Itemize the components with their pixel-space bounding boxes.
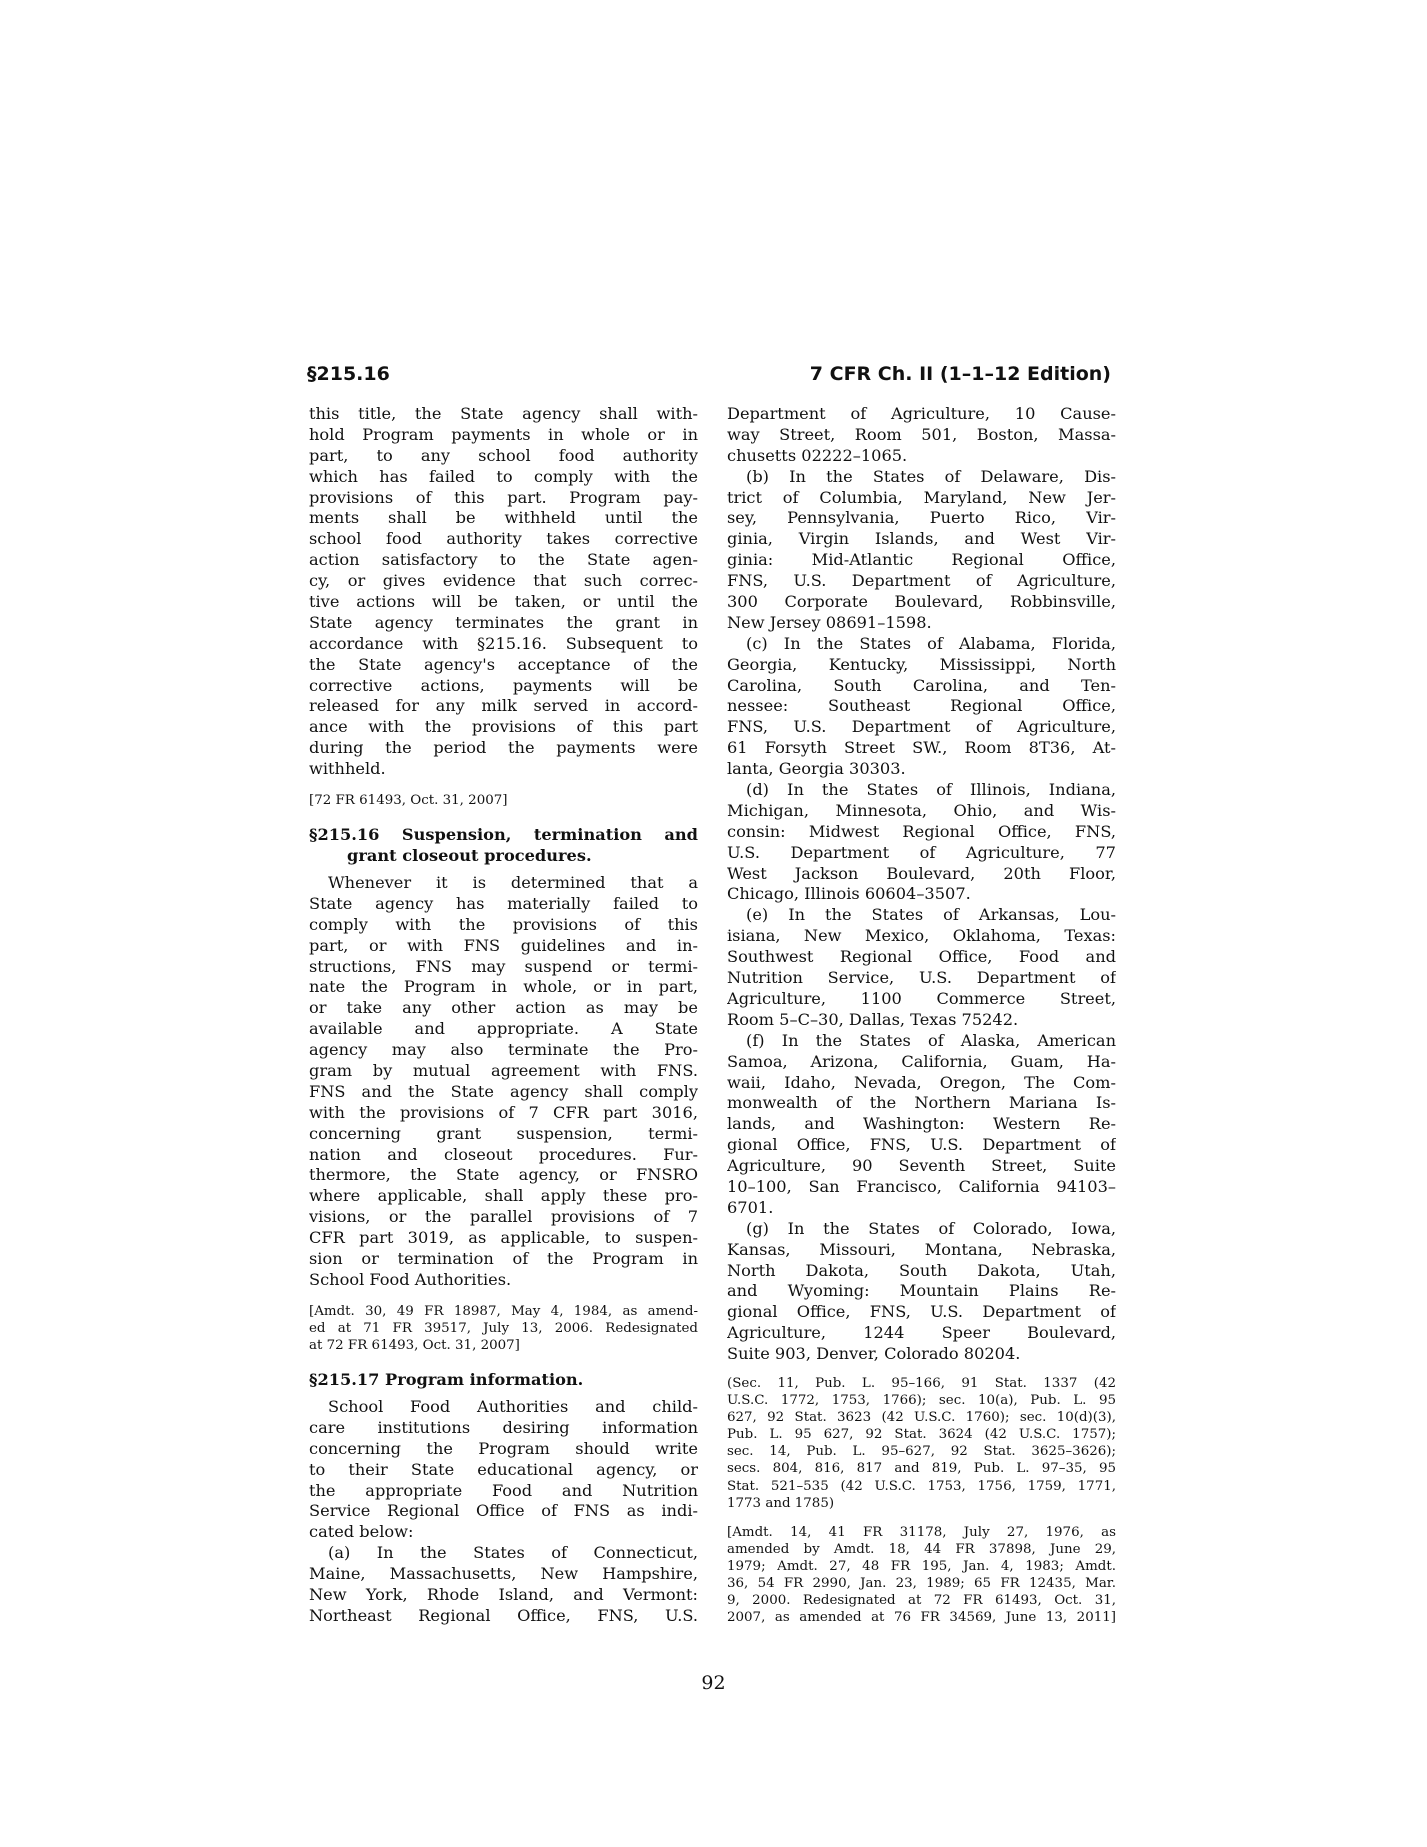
section-215-17: §215.17 Program information. School Food… <box>309 1370 698 1627</box>
text-line: ginia: Mid-Atlantic Regional Office, <box>727 550 1116 571</box>
text-line: consin: Midwest Regional Office, FNS, <box>727 822 1116 843</box>
citation-line: 2007, as amended at 76 FR 34569, June 13… <box>727 1609 1116 1626</box>
text-line: concerning grant suspension, termi- <box>309 1124 698 1145</box>
text-line: Room 5–C–30, Dallas, Texas 75242. <box>727 1010 1116 1031</box>
text-line: care institutions desiring information <box>309 1418 698 1439</box>
text-line: chusetts 02222–1065. <box>727 446 1116 467</box>
text-line: Carolina, South Carolina, and Ten- <box>727 676 1116 697</box>
text-line: FNS, U.S. Department of Agriculture, <box>727 571 1116 592</box>
citation-line: 36, 54 FR 2990, Jan. 23, 1989; 65 FR 124… <box>727 1575 1116 1592</box>
text-line: structions, FNS may suspend or termi- <box>309 957 698 978</box>
text-line: West Jackson Boulevard, 20th Floor, <box>727 864 1116 885</box>
text-line: the appropriate Food and Nutrition <box>309 1481 698 1502</box>
text-line: nate the Program in whole, or in part, <box>309 977 698 998</box>
text-line: U.S. Department of Agriculture, 77 <box>727 843 1116 864</box>
citation-line: sec. 14, Pub. L. 95–627, 92 Stat. 3625–3… <box>727 1443 1116 1460</box>
text-line: nation and closeout procedures. Fur- <box>309 1145 698 1166</box>
spacer <box>309 1354 698 1370</box>
citation-line: ed at 71 FR 39517, July 13, 2006. Redesi… <box>309 1320 698 1337</box>
text-line: isiana, New Mexico, Oklahoma, Texas: <box>727 926 1116 947</box>
amendments-note: [Amdt. 14, 41 FR 31178, July 27, 1976, a… <box>727 1524 1116 1627</box>
item-e-southwest: (e) In the States of Arkansas, Lou- isia… <box>727 905 1116 1030</box>
text-line: where applicable, shall apply these pro- <box>309 1186 698 1207</box>
text-line: Kansas, Missouri, Montana, Nebraska, <box>727 1240 1116 1261</box>
text-line: waii, Idaho, Nevada, Oregon, The Com- <box>727 1073 1116 1094</box>
citation-line: 1773 and 1785) <box>727 1495 1116 1512</box>
text-line: Southwest Regional Office, Food and <box>727 947 1116 968</box>
page-number: 92 <box>0 1672 1427 1694</box>
text-line: (g) In the States of Colorado, Iowa, <box>727 1219 1116 1240</box>
text-line: monwealth of the Northern Mariana Is- <box>727 1093 1116 1114</box>
citation-line: amended by Amdt. 18, 44 FR 37898, June 2… <box>727 1541 1116 1558</box>
text-line: Agriculture, 1100 Commerce Street, <box>727 989 1116 1010</box>
citation-line: 1979; Amdt. 27, 48 FR 195, Jan. 4, 1983;… <box>727 1558 1116 1575</box>
text-line: which has failed to comply with the <box>309 467 698 488</box>
spacer <box>309 780 698 792</box>
text-line: with the provisions of 7 CFR part 3016, <box>309 1103 698 1124</box>
left-column: this title, the State agency shall with-… <box>309 404 698 1627</box>
text-line: lanta, Georgia 30303. <box>727 759 1116 780</box>
citation-line: Stat. 521–535 (42 U.S.C. 1753, 1756, 175… <box>727 1478 1116 1495</box>
text-line: Suite 903, Denver, Colorado 80204. <box>727 1344 1116 1365</box>
authority-note: (Sec. 11, Pub. L. 95–166, 91 Stat. 1337 … <box>727 1375 1116 1512</box>
text-line: Service Regional Office of FNS as indi- <box>309 1501 698 1522</box>
text-line: and Wyoming: Mountain Plains Re- <box>727 1281 1116 1302</box>
text-line: (c) In the States of Alabama, Florida, <box>727 634 1116 655</box>
text-line: 10–100, San Francisco, California 94103– <box>727 1177 1116 1198</box>
text-line: gram by mutual agreement with FNS. <box>309 1061 698 1082</box>
spacer <box>309 1291 698 1303</box>
text-line: sion or termination of the Program in <box>309 1249 698 1270</box>
section-heading: §215.16 Suspension, termination and <box>309 825 698 846</box>
text-line: trict of Columbia, Maryland, New Jer- <box>727 488 1116 509</box>
text-line: the State agency's acceptance of the <box>309 655 698 676</box>
section-heading: §215.17 Program information. <box>309 1370 698 1391</box>
spacer <box>727 1512 1116 1524</box>
item-d-midwest: (d) In the States of Illinois, Indiana, … <box>727 780 1116 905</box>
section-heading-cont: grant closeout procedures. <box>309 846 698 867</box>
text-line: withheld. <box>309 759 698 780</box>
text-line: this title, the State agency shall with- <box>309 404 698 425</box>
text-line: 61 Forsyth Street SW., Room 8T36, At- <box>727 738 1116 759</box>
running-head-edition: 7 CFR Ch. II (1–1–12 Edition) <box>810 363 1111 385</box>
right-column: Department of Agriculture, 10 Cause- way… <box>727 404 1116 1626</box>
text-line: comply with the provisions of this <box>309 915 698 936</box>
text-line: CFR part 3019, as applicable, to suspen- <box>309 1228 698 1249</box>
text-line: cated below: <box>309 1522 698 1543</box>
text-line: action satisfactory to the State agen- <box>309 550 698 571</box>
text-line: Agriculture, 90 Seventh Street, Suite <box>727 1156 1116 1177</box>
running-head-section: §215.16 <box>307 363 390 385</box>
text-line: gional Office, FNS, U.S. Department of <box>727 1302 1116 1323</box>
text-line: available and appropriate. A State <box>309 1019 698 1040</box>
text-line: 300 Corporate Boulevard, Robbinsville, <box>727 592 1116 613</box>
text-line: agency may also terminate the Pro- <box>309 1040 698 1061</box>
text-line: (d) In the States of Illinois, Indiana, <box>727 780 1116 801</box>
cfr-page: §215.16 7 CFR Ch. II (1–1–12 Edition) th… <box>0 0 1427 1847</box>
text-line: Georgia, Kentucky, Mississippi, North <box>727 655 1116 676</box>
citation-line: U.S.C. 1772, 1753, 1766); sec. 10(a), Pu… <box>727 1392 1116 1409</box>
text-line: ginia, Virgin Islands, and West Vir- <box>727 529 1116 550</box>
text-line: school food authority takes corrective <box>309 529 698 550</box>
text-line: lands, and Washington: Western Re- <box>727 1114 1116 1135</box>
text-line: Samoa, Arizona, California, Guam, Ha- <box>727 1052 1116 1073</box>
text-line: FNS, U.S. Department of Agriculture, <box>727 717 1116 738</box>
text-line: tive actions will be taken, or until the <box>309 592 698 613</box>
text-line: Nutrition Service, U.S. Department of <box>727 968 1116 989</box>
citation-line: 627, 92 Stat. 3623 (42 U.S.C. 1760); sec… <box>727 1409 1116 1426</box>
text-line: School Food Authorities. <box>309 1270 698 1291</box>
text-line: way Street, Room 501, Boston, Massa- <box>727 425 1116 446</box>
item-g-mountain-plains: (g) In the States of Colorado, Iowa, Kan… <box>727 1219 1116 1365</box>
text-line: School Food Authorities and child- <box>309 1397 698 1418</box>
text-line: State agency terminates the grant in <box>309 613 698 634</box>
text-line: concerning the Program should write <box>309 1439 698 1460</box>
citation-line: Pub. L. 95 627, 92 Stat. 3624 (42 U.S.C.… <box>727 1426 1116 1443</box>
text-line: during the period the payments were <box>309 738 698 759</box>
text-line: nessee: Southeast Regional Office, <box>727 696 1116 717</box>
citation-line: (Sec. 11, Pub. L. 95–166, 91 Stat. 1337 … <box>727 1375 1116 1392</box>
text-line: released for any milk served in accord- <box>309 696 698 717</box>
text-line: Department of Agriculture, 10 Cause- <box>727 404 1116 425</box>
text-line: part, or with FNS guidelines and in- <box>309 936 698 957</box>
text-line: cy, or gives evidence that such correc- <box>309 571 698 592</box>
citation-line: [Amdt. 14, 41 FR 31178, July 27, 1976, a… <box>727 1524 1116 1541</box>
text-line: part, to any school food authority <box>309 446 698 467</box>
text-line: thermore, the State agency, or FNSRO <box>309 1165 698 1186</box>
paragraph-withhold-payments: this title, the State agency shall with-… <box>309 404 698 780</box>
text-line: ments shall be withheld until the <box>309 508 698 529</box>
citation-line: 9, 2000. Redesignated at 72 FR 61493, Oc… <box>727 1592 1116 1609</box>
text-line: New Jersey 08691–1598. <box>727 613 1116 634</box>
text-line: Whenever it is determined that a <box>309 873 698 894</box>
text-line: Michigan, Minnesota, Ohio, and Wis- <box>727 801 1116 822</box>
text-line: sey, Pennsylvania, Puerto Rico, Vir- <box>727 508 1116 529</box>
item-b-mid-atlantic: (b) In the States of Delaware, Dis- tric… <box>727 467 1116 634</box>
text-line: New York, Rhode Island, and Vermont: <box>309 1585 698 1606</box>
text-line: North Dakota, South Dakota, Utah, <box>727 1261 1116 1282</box>
text-line: provisions of this part. Program pay- <box>309 488 698 509</box>
text-line: hold Program payments in whole or in <box>309 425 698 446</box>
text-line: to their State educational agency, or <box>309 1460 698 1481</box>
text-line: FNS and the State agency shall comply <box>309 1082 698 1103</box>
text-line: corrective actions, payments will be <box>309 676 698 697</box>
text-line: 6701. <box>727 1198 1116 1219</box>
citation-72fr: [72 FR 61493, Oct. 31, 2007] <box>309 792 698 809</box>
section-215-16: §215.16 Suspension, termination and gran… <box>309 825 698 1354</box>
text-line: (a) In the States of Connecticut, <box>309 1543 698 1564</box>
text-line: State agency has materially failed to <box>309 894 698 915</box>
item-c-southeast: (c) In the States of Alabama, Florida, G… <box>727 634 1116 780</box>
text-line: accordance with §215.16. Subsequent to <box>309 634 698 655</box>
item-a-continued: Department of Agriculture, 10 Cause- way… <box>727 404 1116 467</box>
text-line: visions, or the parallel provisions of 7 <box>309 1207 698 1228</box>
spacer <box>727 1365 1116 1375</box>
citation-line: secs. 804, 816, 817 and 819, Pub. L. 97–… <box>727 1460 1116 1477</box>
text-line: gional Office, FNS, U.S. Department of <box>727 1135 1116 1156</box>
item-f-western: (f) In the States of Alaska, American Sa… <box>727 1031 1116 1219</box>
text-line: or take any other action as may be <box>309 998 698 1019</box>
text-line: Maine, Massachusetts, New Hampshire, <box>309 1564 698 1585</box>
citation-line: [Amdt. 30, 49 FR 18987, May 4, 1984, as … <box>309 1303 698 1320</box>
text-line: (b) In the States of Delaware, Dis- <box>727 467 1116 488</box>
text-line: ance with the provisions of this part <box>309 717 698 738</box>
text-line: (f) In the States of Alaska, American <box>727 1031 1116 1052</box>
citation-line: at 72 FR 61493, Oct. 31, 2007] <box>309 1337 698 1354</box>
text-line: Chicago, Illinois 60604–3507. <box>727 884 1116 905</box>
text-line: Agriculture, 1244 Speer Boulevard, <box>727 1323 1116 1344</box>
spacer <box>309 809 698 825</box>
text-line: Northeast Regional Office, FNS, U.S. <box>309 1606 698 1627</box>
text-line: (e) In the States of Arkansas, Lou- <box>727 905 1116 926</box>
